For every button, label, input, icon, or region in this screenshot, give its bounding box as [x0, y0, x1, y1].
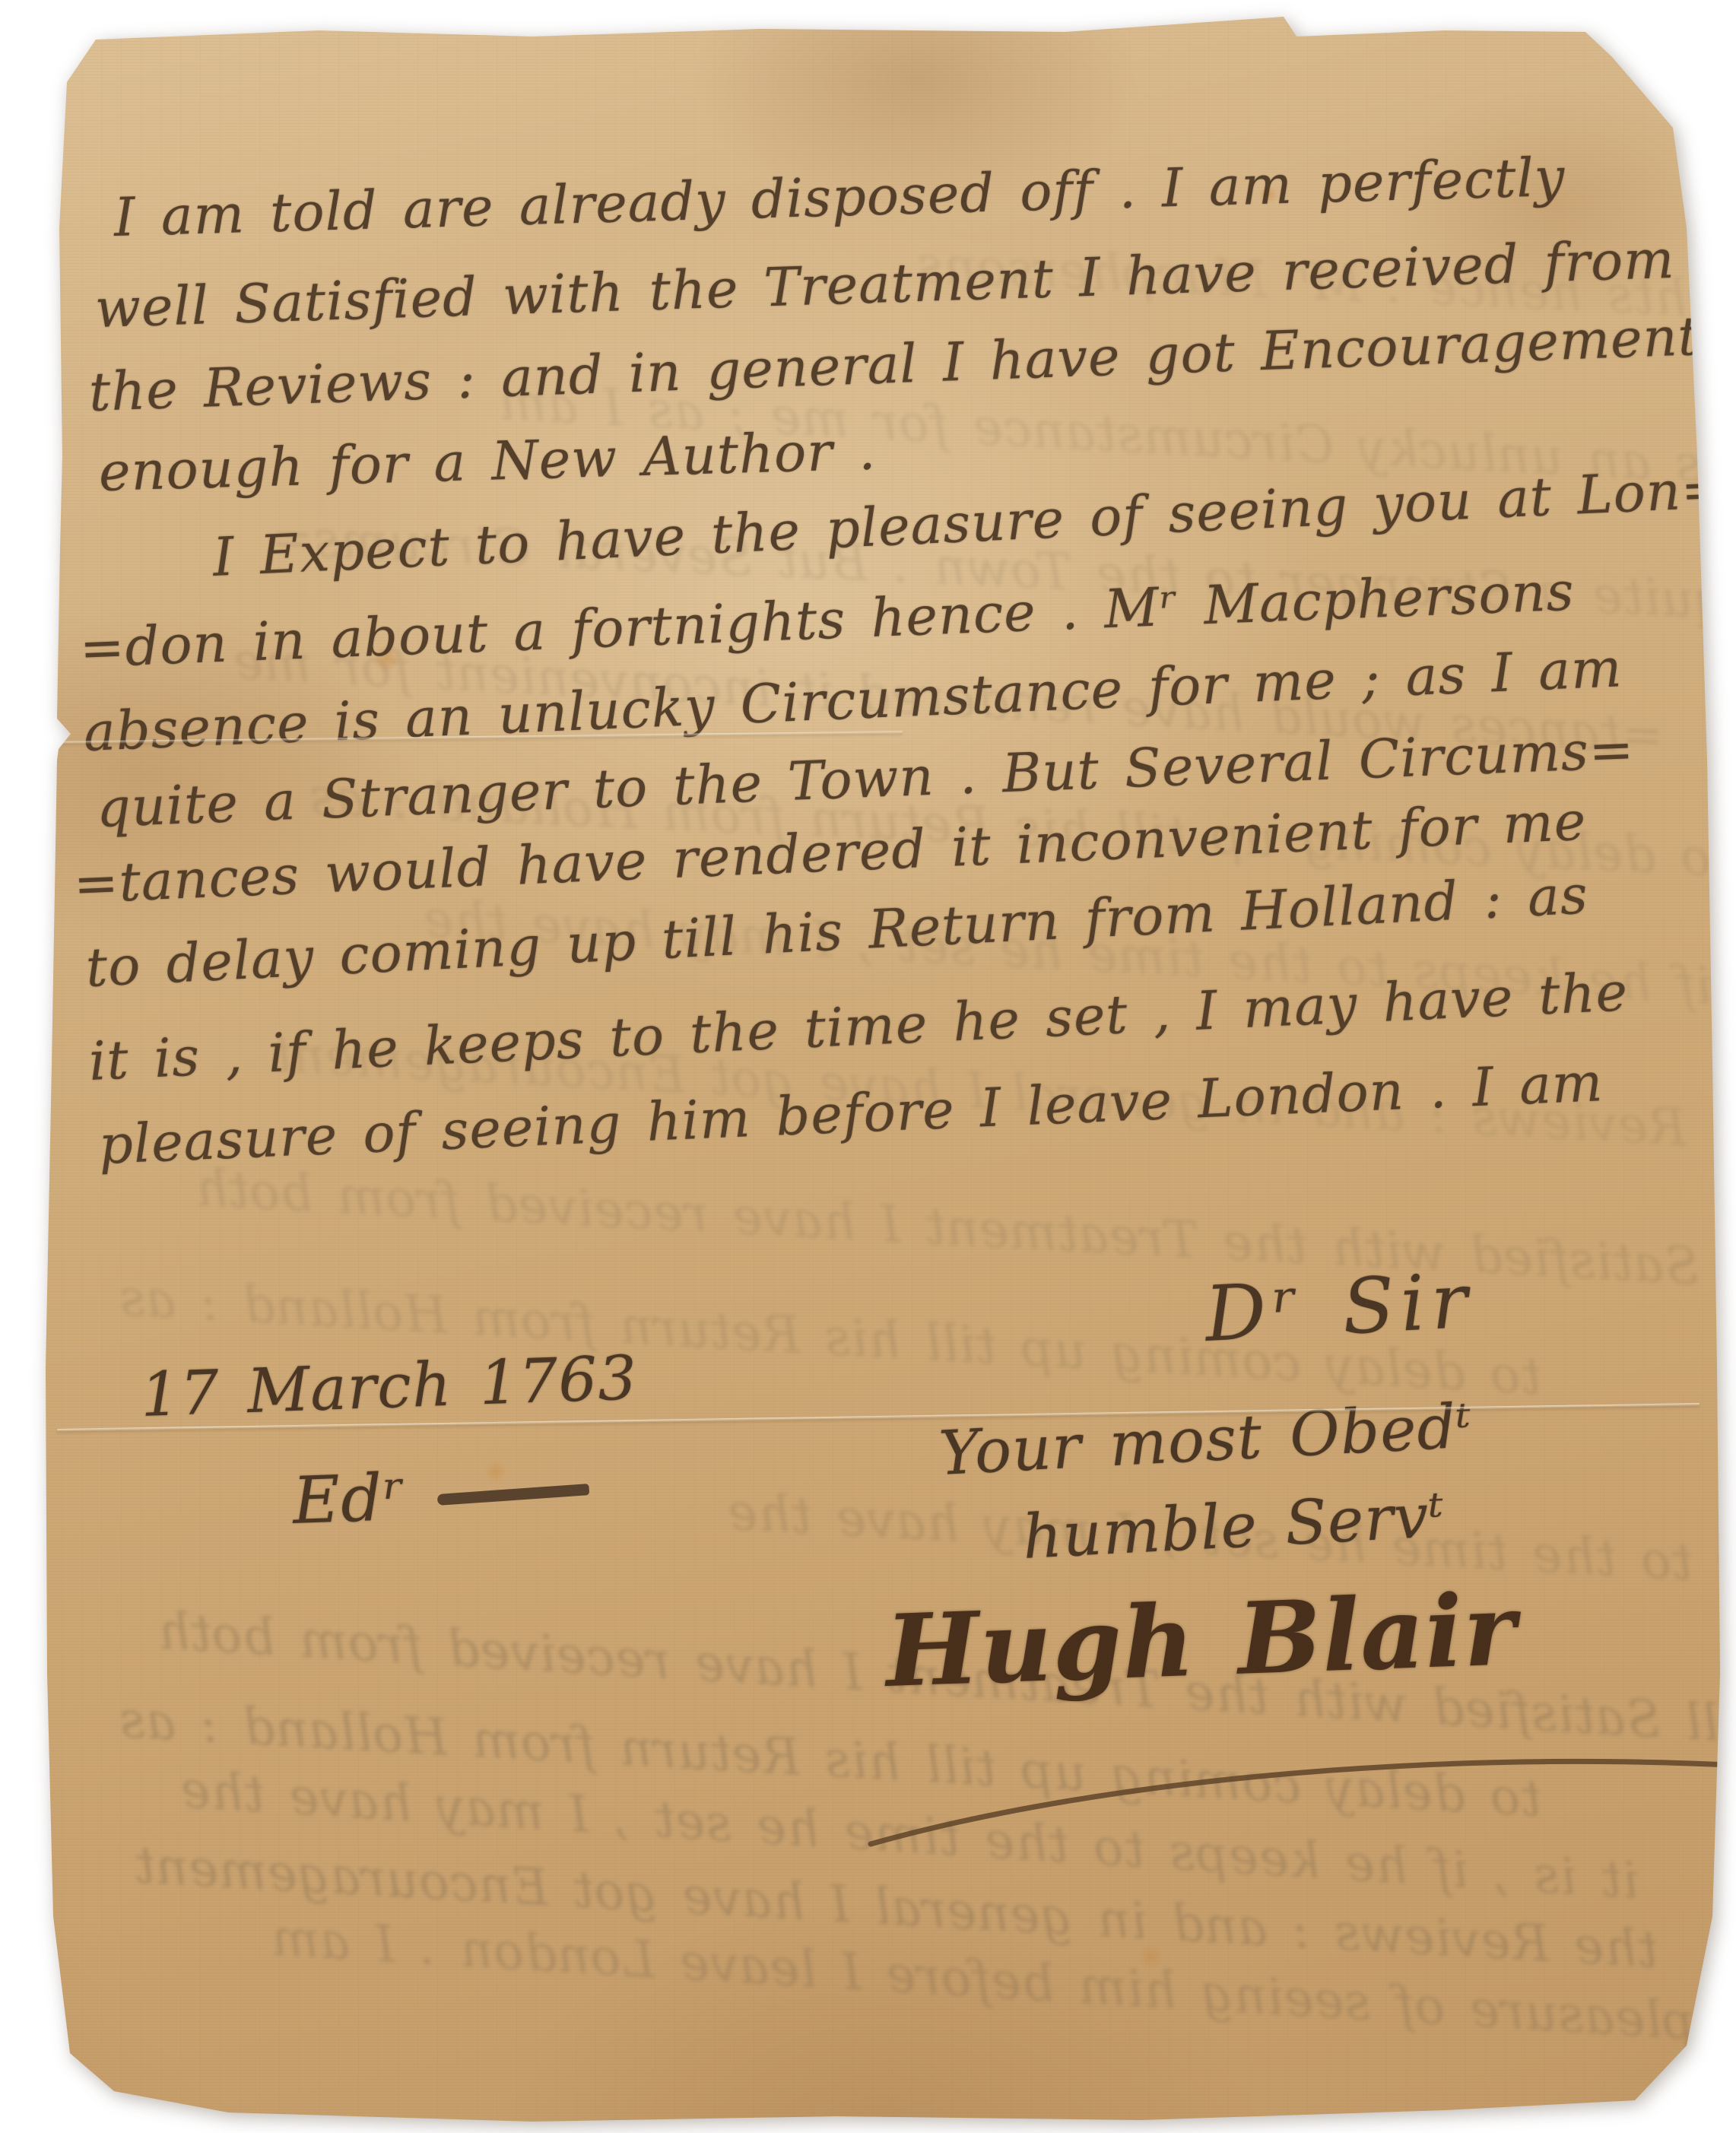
- letter-paper: =don in about a fortnights hence . Mʳ Ma…: [42, 15, 1722, 2125]
- bleedthrough-line: to delay coming up till his Return from …: [117, 1690, 1543, 1828]
- letter-paper-wrap: =don in about a fortnights hence . Mʳ Ma…: [0, 0, 1736, 2133]
- bleedthrough-line: well Satisfied with the Treatment I have…: [193, 1159, 1736, 1303]
- signature-hugh-blair: Hugh Blair: [884, 1571, 1518, 1709]
- scan-background: =don in about a fortnights hence . Mʳ Ma…: [0, 0, 1736, 2133]
- bleedthrough-line: it is , if he keeps to the time he set ,…: [178, 1760, 1640, 1911]
- closing-valediction-2: humble Servᵗ: [1021, 1480, 1447, 1573]
- signature-flourish-underline: [855, 1741, 1736, 1863]
- closing-valediction-1: Your most Obedᵗ: [938, 1390, 1474, 1489]
- bleedthrough-line: the Reviews : and in general I have got …: [132, 1836, 1659, 1979]
- place-flourish-dash: [437, 1484, 590, 1506]
- dateline-date: 17 March 1763: [139, 1342, 638, 1430]
- letter-line: I am told are already disposed off . I a…: [113, 146, 1566, 249]
- dateline-place: Edʳ: [291, 1460, 407, 1539]
- letter-line: enough for a New Author .: [98, 419, 877, 503]
- bleedthrough-line: pleasure of seeing him before I leave Lo…: [269, 1908, 1696, 2051]
- closing-salutation: Dʳ Sir: [1203, 1256, 1476, 1359]
